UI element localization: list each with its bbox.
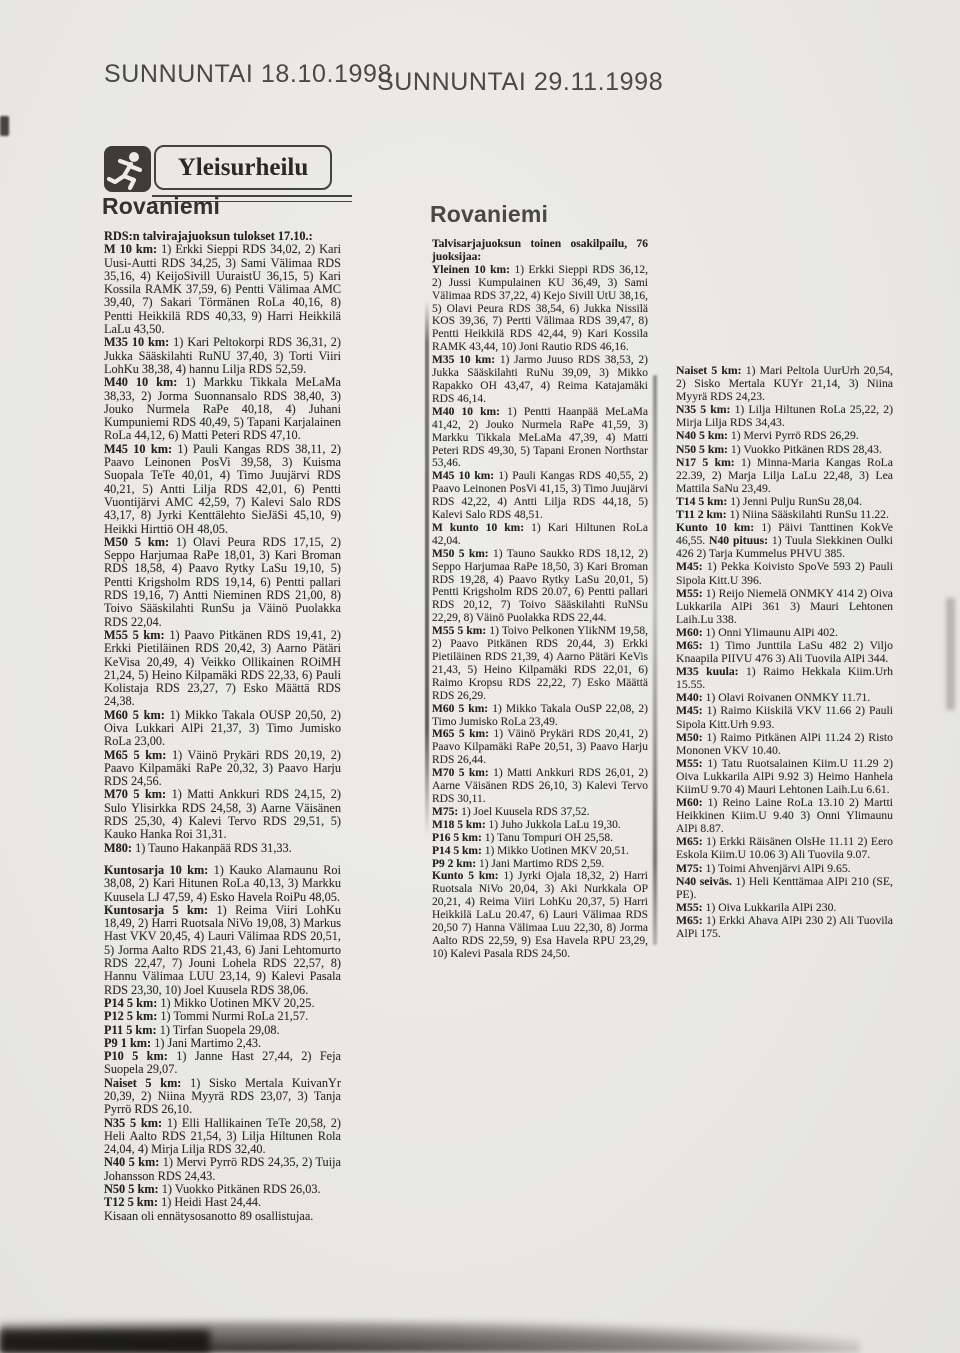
results-note: Kisaan oli ennätysosanotto 89 osallistuj… bbox=[104, 1210, 341, 1223]
result-entry: M55 5 km: 1) Toivo Pelkonen YlikNM 19,58… bbox=[432, 625, 648, 702]
date-header-left: SUNNUNTAI 18.10.1998 bbox=[104, 60, 392, 89]
result-entry: M65 5 km: 1) Väinö Prykäri RDS 20,19, 2)… bbox=[104, 749, 341, 789]
section-label: Yleisurheilu bbox=[178, 154, 309, 182]
result-entry: M45: 1) Raimo Kiiskilä VKV 11.66 2) Paul… bbox=[676, 704, 893, 730]
result-entry: M45 10 km: 1) Pauli Kangas RDS 40,55, 2)… bbox=[432, 470, 648, 522]
runner-icon bbox=[104, 146, 151, 192]
result-entry: N40 5 km: 1) Mervi Pyrrö RDS 24,35, 2) T… bbox=[104, 1156, 341, 1183]
result-entry: M75: 1) Joel Kuusela RDS 37,52. bbox=[432, 806, 648, 819]
result-entry: P10 5 km: 1) Janne Hast 27,44, 2) Feja S… bbox=[104, 1050, 341, 1077]
result-entry: N40 5 km: 1) Mervi Pyrrö RDS 26,29. bbox=[676, 429, 893, 442]
section-label-box: Yleisurheilu bbox=[154, 145, 332, 190]
result-entry: M60 5 km: 1) Mikko Takala OuSP 22,08, 2)… bbox=[432, 703, 648, 729]
result-entry: Naiset 5 km: 1) Sisko Mertala KuivanYr 2… bbox=[104, 1077, 341, 1117]
result-entry: M40 10 km: 1) Pentti Haanpää MeLaMa 41,4… bbox=[432, 406, 648, 471]
result-entry: Kunto 10 km: 1) Päivi Tanttinen KokVe 46… bbox=[676, 521, 893, 560]
result-entry: P11 5 km: 1) Tirfan Suopela 29,08. bbox=[104, 1024, 341, 1037]
result-entry: N35 5 km: 1) Elli Hallikainen TeTe 20,58… bbox=[104, 1117, 341, 1157]
result-entry: M50 5 km: 1) Olavi Peura RDS 17,15, 2) S… bbox=[104, 536, 341, 629]
result-entry: Yleinen 10 km: 1) Erkki Sieppi RDS 36,12… bbox=[432, 264, 648, 354]
result-entry: M60 5 km: 1) Mikko Takala OUSP 20,50, 2)… bbox=[104, 709, 341, 749]
scan-artifact-corner-blot bbox=[0, 1330, 210, 1353]
result-entry: P14 5 km: 1) Mikko Uotinen MKV 20,25. bbox=[104, 997, 341, 1010]
result-entry: M65 5 km: 1) Väinö Prykäri RDS 20,41, 2)… bbox=[432, 728, 648, 767]
result-entry: M45: 1) Pekka Koivisto SpoVe 593 2) Paul… bbox=[676, 560, 893, 586]
results-column-1: RDS:n talvirajajuoksun tulokset 17.10.: … bbox=[104, 230, 341, 1223]
result-entry: M70 5 km: 1) Matti Ankkuri RDS 26,01, 2)… bbox=[432, 767, 648, 806]
scan-artifact-vertical-line bbox=[425, 300, 429, 835]
result-entry: M40: 1) Olavi Roivanen ONMKY 11.71. bbox=[676, 691, 893, 704]
results-intro: RDS:n talvirajajuoksun tulokset 17.10.: bbox=[104, 230, 341, 243]
result-entry: M18 5 km: 1) Juho Jukkola LaLu 19,30. bbox=[432, 819, 648, 832]
athletics-logo bbox=[104, 146, 151, 192]
scan-artifact-edge-speck bbox=[0, 116, 9, 136]
result-entry: P9 1 km: 1) Jani Martimo 2,43. bbox=[104, 1037, 341, 1050]
scan-artifact-vertical-line bbox=[653, 375, 657, 945]
scan-artifact-bottom-smear bbox=[0, 1320, 860, 1353]
column1-heading-rovaniemi: Rovaniemi bbox=[102, 193, 220, 220]
result-entry: N50 5 km: 1) Vuokko Pitkänen RDS 26,03. bbox=[104, 1183, 341, 1196]
results-column-2: Talvisarjajuoksun toinen osakilpailu, 76… bbox=[432, 238, 648, 961]
result-entry: M80: 1) Tauno Hakanpää RDS 31,33. bbox=[104, 842, 341, 855]
column2-heading-rovaniemi: Rovaniemi bbox=[430, 201, 548, 228]
result-entry: M50 5 km: 1) Tauno Saukko RDS 18,12, 2) … bbox=[432, 548, 648, 625]
result-entry: N17 5 km: 1) Minna-Maria Kangas RoLa 22.… bbox=[676, 456, 893, 495]
result-entry: M60: 1) Reino Laine RoLa 13.10 2) Martti… bbox=[676, 796, 893, 835]
result-entry: P14 5 km: 1) Mikko Uotinen MKV 20,51. bbox=[432, 845, 648, 858]
result-entry: Kuntosarja 10 km: 1) Kauko Alamaunu Roi … bbox=[104, 864, 341, 904]
results-column-3: Naiset 5 km: 1) Mari Peltola UurUrh 20,5… bbox=[676, 364, 893, 940]
result-entry: M40 10 km: 1) Markku Tikkala MeLaMa 38,3… bbox=[104, 376, 341, 442]
scanned-newspaper-page: SUNNUNTAI 18.10.1998 SUNNUNTAI 29.11.199… bbox=[0, 0, 960, 1353]
result-entry: T12 5 km: 1) Heidi Hast 24,44. bbox=[104, 1196, 341, 1209]
result-entry: M55: 1) Reijo Niemelä ONMKY 414 2) Oiva … bbox=[676, 587, 893, 626]
result-entry: P9 2 km: 1) Jani Martimo RDS 2,59. bbox=[432, 858, 648, 871]
result-entry: M65: 1) Erkki Räisänen OlsHe 11.11 2) Ee… bbox=[676, 835, 893, 861]
result-entry: M55: 1) Tatu Ruotsalainen Kiim.U 11.29 2… bbox=[676, 757, 893, 796]
result-entry: Kuntosarja 5 km: 1) Reima Viiri LohKu 18… bbox=[104, 904, 341, 997]
result-entry: M35 10 km: 1) Jarmo Juuso RDS 38,53, 2) … bbox=[432, 354, 648, 406]
result-entry: M65: 1) Timo Junttila LaSu 482 2) Viljo … bbox=[676, 639, 893, 665]
result-entry: P16 5 km: 1) Tanu Tompuri OH 25,58. bbox=[432, 832, 648, 845]
result-entry: Kunto 5 km: 1) Jyrki Ojala 18,32, 2) Har… bbox=[432, 870, 648, 960]
results-intro: Talvisarjajuoksun toinen osakilpailu, 76… bbox=[432, 238, 648, 264]
result-entry: T11 2 km: 1) Niina Sääskilahti RunSu 11.… bbox=[676, 508, 893, 521]
date-header-right: SUNNUNTAI 29.11.1998 bbox=[377, 68, 663, 97]
result-entry: M65: 1) Erkki Ahava AlPi 230 2) Ali Tuov… bbox=[676, 914, 893, 940]
result-entry: P12 5 km: 1) Tommi Nurmi RoLa 21,57. bbox=[104, 1010, 341, 1023]
scan-artifact-right-smudge bbox=[946, 598, 955, 710]
result-entry: M kunto 10 km: 1) Kari Hiltunen RoLa 42,… bbox=[432, 522, 648, 548]
result-entry: M55: 1) Oiva Lukkarila AlPi 230. bbox=[676, 901, 893, 914]
result-entry: M70 5 km: 1) Matti Ankkuri RDS 24,15, 2)… bbox=[104, 788, 341, 841]
result-entry: M50: 1) Raimo Pitkänen AlPi 11.24 2) Ris… bbox=[676, 731, 893, 757]
result-entry: Naiset 5 km: 1) Mari Peltola UurUrh 20,5… bbox=[676, 364, 893, 403]
result-entry: N40 seiväs. 1) Heli Kenttämaa AlPi 210 (… bbox=[676, 875, 893, 901]
result-entry: T14 5 km: 1) Jenni Pulju RunSu 28,04. bbox=[676, 495, 893, 508]
result-entry: M75: 1) Toimi Ahvenjärvi AlPi 9.65. bbox=[676, 862, 893, 875]
result-entry: M35 kuula: 1) Raimo Hekkala Kiim.Urh 15.… bbox=[676, 665, 893, 691]
result-entry: N50 5 km: 1) Vuokko Pitkänen RDS 28,43. bbox=[676, 443, 893, 456]
result-entry: M 10 km: 1) Erkki Sieppi RDS 34,02, 2) K… bbox=[104, 243, 341, 336]
result-entry: M35 10 km: 1) Kari Peltokorpi RDS 36,31,… bbox=[104, 336, 341, 376]
result-entry: N35 5 km: 1) Lilja Hiltunen RoLa 25,22, … bbox=[676, 403, 893, 429]
result-entry: M45 10 km: 1) Pauli Kangas RDS 38,11, 2)… bbox=[104, 443, 341, 536]
result-entry: M55 5 km: 1) Paavo Pitkänen RDS 19,41, 2… bbox=[104, 629, 341, 709]
result-entry: M60: 1) Onni Ylimaunu AlPi 402. bbox=[676, 626, 893, 639]
